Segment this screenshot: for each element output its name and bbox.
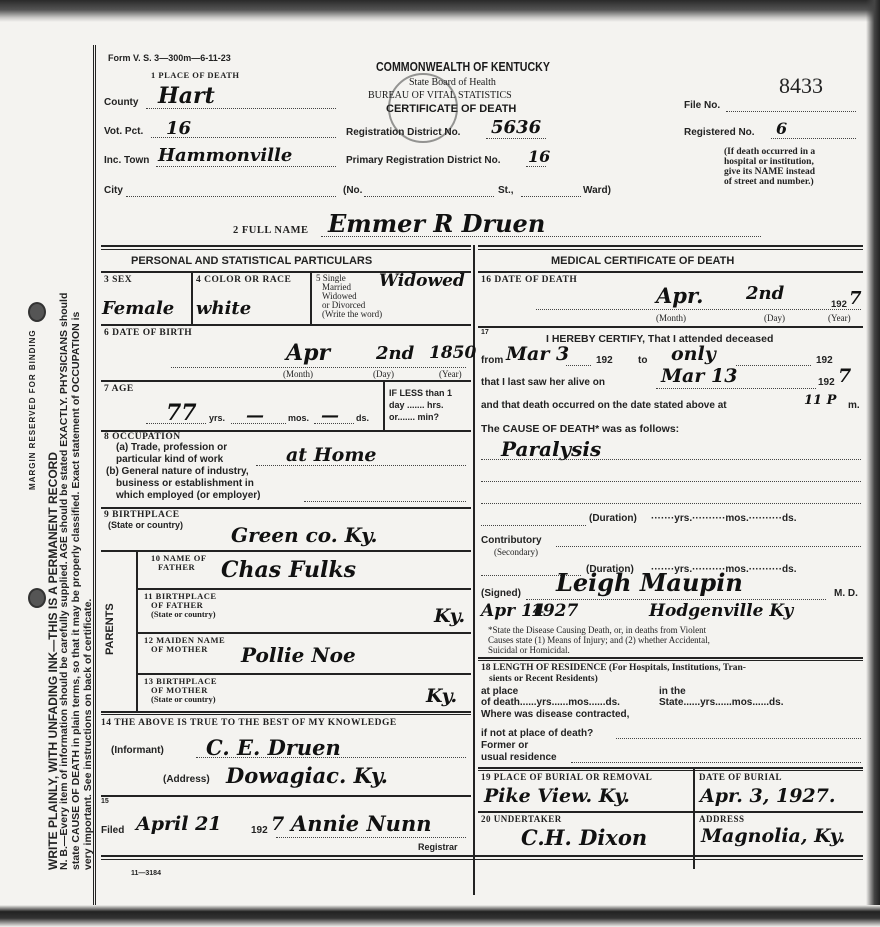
registered-no-label: Registered No. [684,127,755,138]
primary-district-label: Primary Registration District No. [346,155,500,166]
punch-hole-bottom [28,588,46,608]
certify-statement: I HEREBY CERTIFY, That I attended deceas… [546,333,773,345]
father-birthplace-label-3: (State or country) [151,609,216,619]
sex-label: 3 SEX [104,275,132,285]
filed-label: Filed [101,825,124,836]
occupation-b-label-3: which employed (or employer) [116,490,260,501]
hospital-note-1: (If death occurred in a [724,147,815,157]
place-of-death-label: 1 PLACE OF DEATH [151,70,240,80]
last-saw-label: that I last saw her alive on [481,377,605,388]
registration-district-label: Registration District No. [346,127,460,138]
filed-date-value: April 21 [136,813,222,835]
physician-address-value: Hodgenville Ky [649,601,793,621]
hospital-note-2: hospital or institution, [724,157,814,167]
county-value: Hart [158,83,215,109]
race-value: white [196,298,251,319]
race-label: 4 COLOR OR RACE [196,275,291,285]
in-the-label: in the [659,686,686,697]
attended-from-year: 192 [596,355,613,366]
contracted-label-1: Where was disease contracted, [481,709,629,720]
contributory-label: Contributory [481,535,542,546]
birthplace-value: Green co. Ky. [231,523,377,547]
certify-num: 17 [481,329,489,336]
binding-margin: MARGIN RESERVED FOR BINDING WRITE PLAINL… [8,60,88,890]
dob-label: 6 DATE OF BIRTH [104,328,192,338]
scan-border-bottom [0,905,880,927]
attended-to-value: only [671,343,716,365]
knowledge-statement: 14 THE ABOVE IS TRUE TO THE BEST OF MY K… [101,718,397,728]
age-months: — [246,405,264,426]
death-certificate: Form V. S. 3—300m—6-11-23 1 PLACE OF DEA… [93,45,863,905]
occupation-value: at Home [286,444,377,466]
dob-day: 2nd [376,343,414,364]
mother-label-2: OF MOTHER [151,644,208,654]
mother-name-value: Pollie Noe [241,643,356,667]
full-name-label: 2 FULL NAME [233,225,309,236]
dob-month-label: (Month) [283,369,313,379]
burial-date-label: DATE OF BURIAL [699,772,782,782]
occupation-b-label-2: business or establishment in [116,478,254,489]
death-occurred-label: and that death occurred on the date stat… [481,400,727,411]
punch-hole-top [28,302,46,322]
less-than-label-2: day ....... hrs. [389,400,444,410]
marital-label-5: (Write the word) [322,309,382,319]
signed-label: (Signed) [481,588,521,599]
ward-label: Ward) [583,185,611,196]
residence-label-1: 18 LENGTH OF RESIDENCE (For Hospitals, I… [481,663,746,673]
sex-value: Female [102,298,174,319]
inc-town-label: Inc. Town [104,155,149,166]
commonwealth-title: COMMONWEALTH OF KENTUCKY [376,60,550,74]
former-residence-label-2: usual residence [481,752,557,763]
burial-date-value: Apr. 3, 1927. [700,785,835,807]
dob-month: Apr [286,340,330,366]
county-label: County [104,97,138,108]
dod-month-label: (Month) [656,313,686,323]
burial-place-value: Pike View. Ky. [484,785,630,807]
dod-day: 2nd [746,283,784,304]
street-no-label: (No. [343,185,362,196]
in-state-label: State......yrs......mos......ds. [659,697,784,708]
dod-month: Apr. [656,283,703,308]
mother-birthplace-label-3: (State or country) [151,694,216,704]
last-saw-year-prefix: 192 [818,377,835,388]
undertaker-address-value: Magnolia, Ky. [701,825,845,847]
attended-to-label: to [638,355,647,366]
birthplace-label: 9 BIRTHPLACE [104,510,180,520]
registration-district-value: 5636 [491,117,541,138]
birthplace-sublabel: (State or country) [108,520,183,530]
registered-no-value: 6 [776,119,787,138]
filed-year-prefix: 192 [251,825,268,836]
occupation-a-label-1: (a) Trade, profession or [116,442,227,453]
of-death-label: of death......yrs......mos......ds. [481,697,620,708]
filed-num: 15 [101,798,109,805]
dob-year-label: (Year) [439,369,462,379]
undertaker-value: C.H. Dixon [521,825,647,850]
attended-from-label: from [481,355,503,366]
inc-town-value: Hammonville [158,145,292,166]
death-time-m-label: m. [848,400,860,411]
margin-reserved-text: MARGIN RESERVED FOR BINDING [28,329,37,490]
occupation-a-label-2: particular kind of work [116,454,223,465]
primary-district-value: 16 [528,147,550,166]
dob-year: 1850 [429,343,476,363]
burial-place-label: 19 PLACE OF BURIAL OR REMOVAL [481,772,652,782]
father-birthplace-value: Ky. [434,605,465,627]
death-time-value: 11 P [804,393,836,408]
filed-year-value: 7 [271,813,284,835]
margin-instruction-3: state CAUSE OF DEATH in plain terms, so … [70,312,82,870]
dod-year: 7 [849,288,862,309]
form-id: Form V. S. 3—300m—6-11-23 [108,53,231,63]
margin-instruction-2: N. B.—Every item of information should b… [58,293,70,870]
dod-year-label: (Year) [828,313,851,323]
attended-from-value: Mar 3 [506,343,569,365]
scan-border-top [0,0,880,22]
father-label-2: FATHER [158,562,195,572]
footnote-3: Suicidal or Homicidal. [488,645,570,655]
vot-pct-value: 16 [166,118,191,139]
informant-address-value: Dowagiac. Ky. [226,763,388,788]
street-label: St., [498,185,514,196]
secondary-label: (Secondary) [494,547,538,557]
full-name-value: Emmer R Druen [328,209,545,238]
former-residence-label-1: Former or [481,740,528,751]
age-label: 7 AGE [104,384,134,394]
father-name-value: Chas Fulks [221,557,356,583]
informant-address-label: (Address) [163,774,210,785]
vot-pct-label: Vot. Pct. [104,126,143,137]
informant-label: (Informant) [111,745,164,756]
personal-heading: PERSONAL AND STATISTICAL PARTICULARS [131,255,372,267]
last-saw-year: 7 [838,365,851,387]
residence-label-2: sients or Recent Residents) [489,674,598,684]
form-bottom-rule [101,855,863,860]
age-days: — [321,405,339,426]
cause-label: The CAUSE OF DEATH* was as follows: [481,423,679,435]
mother-birthplace-value: Ky. [426,685,457,707]
age-mos-label: mos. [288,413,309,423]
file-no-label: File No. [684,100,720,111]
medical-heading: MEDICAL CERTIFICATE OF DEATH [551,255,734,267]
file-number: 8433 [779,73,823,99]
form-code: 11—3184 [131,870,161,877]
dod-label: 16 DATE OF DEATH [481,275,577,285]
registrar-label: Registrar [418,842,458,852]
occupation-label: 8 OCCUPATION [104,432,181,442]
dod-year-prefix: 192 [831,299,847,310]
duration-label: (Duration) [589,513,637,524]
scan-border-right [866,0,880,927]
informant-value: C. E. Druen [206,735,341,760]
parents-label: PARENTS [104,603,116,655]
at-place-label: at place [481,686,518,697]
occupation-b-label-1: (b) General nature of industry, [106,466,249,477]
dod-day-label: (Day) [764,313,785,323]
hospital-note-3: give its NAME instead [724,167,815,177]
md-label: M. D. [834,588,858,599]
city-label: City [104,185,123,196]
age-ds-label: ds. [356,413,369,423]
last-saw-date: Mar 13 [661,365,737,387]
hospital-note-4: of street and number.) [724,177,814,187]
footnote-2: Causes state (1) Means of Injury; and (2… [488,635,710,645]
footnote-1: *State the Disease Causing Death, or, in… [488,625,706,635]
signed-year-value: 1927 [531,601,578,621]
less-than-label-1: IF LESS than 1 [389,388,452,398]
cause-value: Paralysis [501,437,601,461]
undertaker-label: 20 UNDERTAKER [481,814,562,824]
registrar-signature: Annie Nunn [291,811,431,836]
age-years: 77 [166,400,197,426]
less-than-label-3: or....... min? [389,412,439,422]
physician-signature: Leigh Maupin [556,568,743,597]
dob-day-label: (Day) [373,369,394,379]
marital-value: Widowed [379,271,465,291]
undertaker-address-label: ADDRESS [699,814,745,824]
contracted-label-2: if not at place of death? [481,728,593,739]
attended-to-year: 192 [816,355,833,366]
age-yrs-label: yrs. [209,413,225,423]
